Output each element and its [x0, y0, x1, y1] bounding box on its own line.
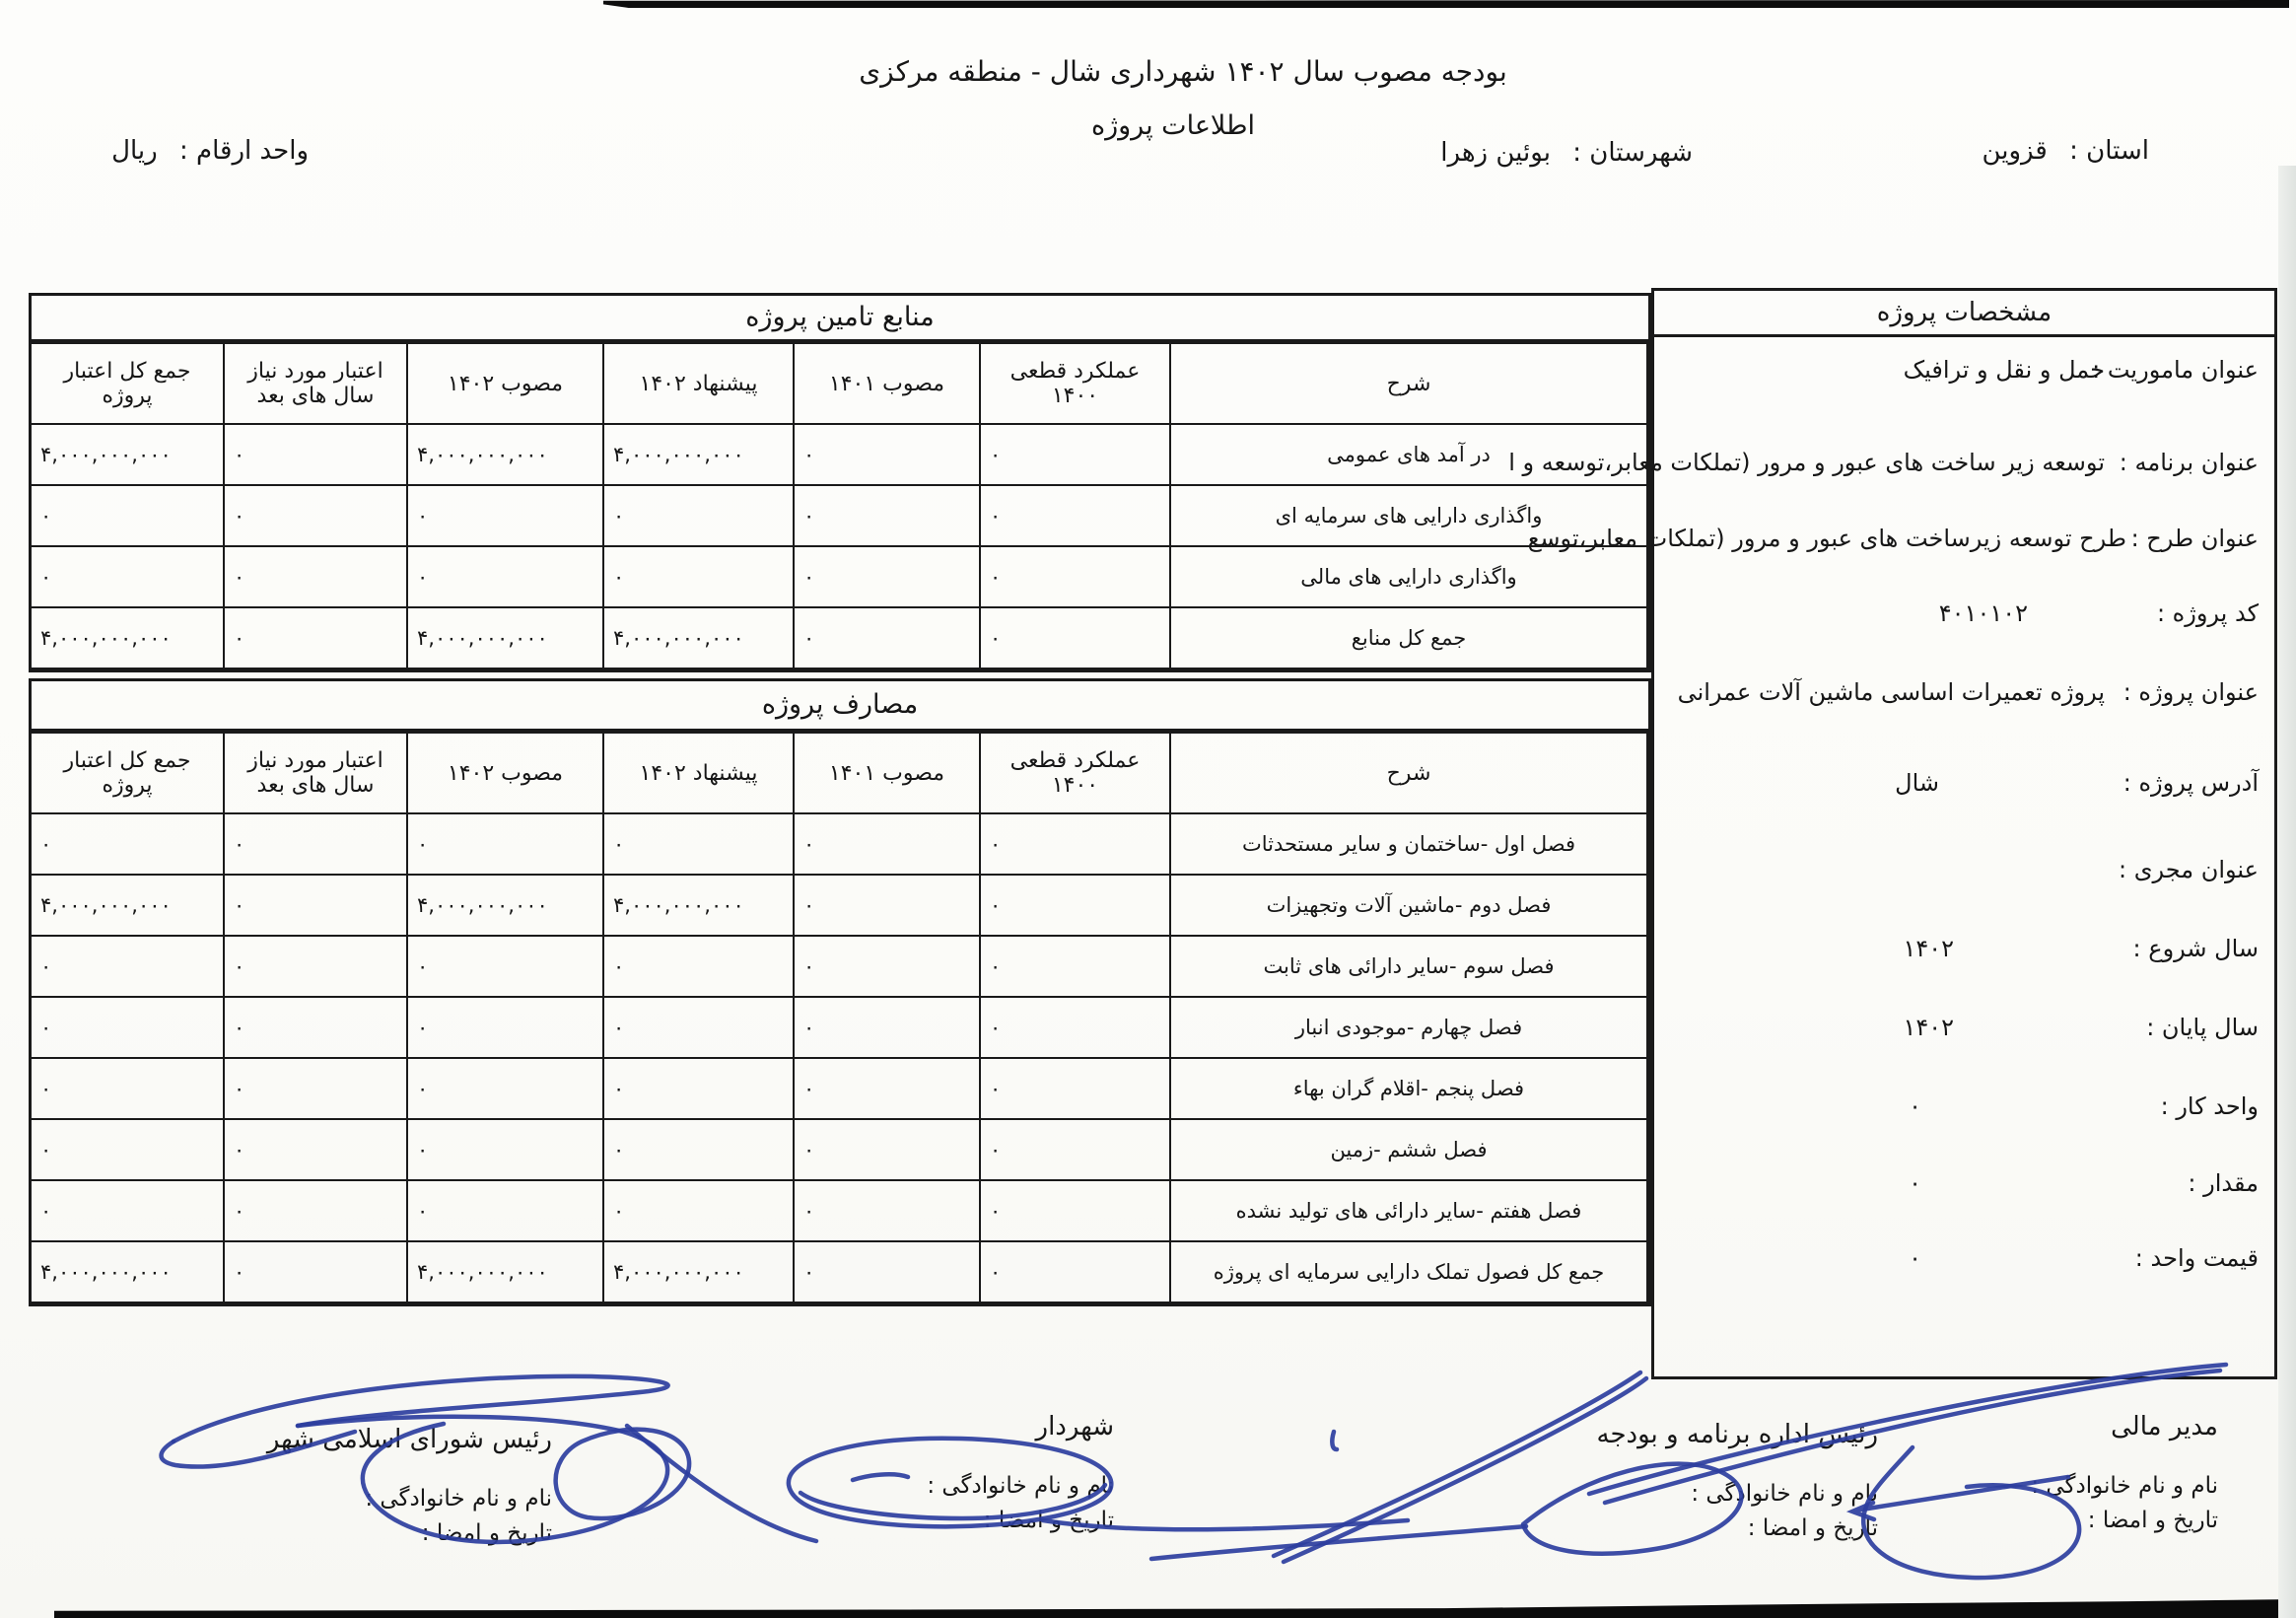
funding-sources-header-row: شرح عملکرد قطعی ۱۴۰۰ مصوب ۱۴۰۱ پیشنهاد ۱…: [31, 343, 1647, 424]
cell-actual-1400: ۰: [980, 1180, 1170, 1241]
cell-future-credit: ۰: [224, 607, 407, 668]
spec-field-value: ۱۴۰۲: [1903, 935, 1954, 962]
table-row: فصل اول -ساختمان و سایر مستحدثات ۰ ۰ ۰ ۰…: [31, 813, 1647, 875]
spec-field-value: ۴۰۱۰۱۰۲: [1939, 599, 2028, 627]
row-description: فصل اول -ساختمان و سایر مستحدثات: [1170, 813, 1647, 875]
province-label: استان :: [2069, 136, 2149, 166]
spec-field-row: آدرس پروژه : شال: [1654, 769, 2274, 810]
cell-proposed-1402: ۰: [603, 546, 794, 607]
cell-proposed-1402: ۰: [603, 997, 794, 1058]
expenditures-table-title: مصارف پروژه: [32, 681, 1648, 732]
table-row: فصل چهارم -موجودی انبار ۰ ۰ ۰ ۰ ۰ ۰: [31, 997, 1647, 1058]
signature-stroke-council-head: [627, 1426, 816, 1541]
row-description: جمع کل منابع: [1170, 607, 1647, 668]
table-row: فصل پنجم -اقلام گران بهاء ۰ ۰ ۰ ۰ ۰ ۰: [31, 1058, 1647, 1119]
signature-date-label: تاریخ و امضا :: [927, 1508, 1114, 1533]
table-row: در آمد های عمومی ۰ ۰ ۴,۰۰۰,۰۰۰,۰۰۰ ۴,۰۰۰…: [31, 424, 1647, 485]
cell-future-credit: ۰: [224, 1058, 407, 1119]
cell-proposed-1402: ۰: [603, 1180, 794, 1241]
spec-field-value: شال: [1895, 769, 1939, 797]
column-header-future-credit: اعتبار مورد نیاز سال های بعد: [224, 343, 407, 424]
column-header-approved-1402: مصوب ۱۴۰۲: [407, 733, 603, 813]
row-description: واگذاری دارایی های سرمایه ای: [1170, 485, 1647, 546]
spec-field-value: پروژه تعمیرات اساسی ماشین آلات عمرانی: [1678, 678, 2105, 706]
cell-future-credit: ۰: [224, 997, 407, 1058]
table-row: فصل سوم -سایر دارائی های ثابت ۰ ۰ ۰ ۰ ۰ …: [31, 936, 1647, 997]
cell-total-credit: ۴,۰۰۰,۰۰۰,۰۰۰: [31, 1241, 224, 1302]
cell-future-credit: ۰: [224, 813, 407, 875]
spec-field-row: قیمت واحد : ۰: [1654, 1244, 2274, 1286]
cell-total-credit: ۴,۰۰۰,۰۰۰,۰۰۰: [31, 875, 224, 936]
cell-total-credit: ۰: [31, 485, 224, 546]
signature-role: رئیس اداره برنامه و بودجه: [1597, 1420, 1878, 1449]
cell-future-credit: ۰: [224, 1119, 407, 1180]
expenditures-header-row: شرح عملکرد قطعی ۱۴۰۰ مصوب ۱۴۰۱ پیشنهاد ۱…: [31, 733, 1647, 813]
row-description: فصل چهارم -موجودی انبار: [1170, 997, 1647, 1058]
cell-approved-1402: ۰: [407, 997, 603, 1058]
cell-future-credit: ۰: [224, 1180, 407, 1241]
funding-sources-table-title: منابع تامین پروژه: [32, 296, 1648, 342]
county-label: شهرستان :: [1572, 138, 1693, 168]
cell-approved-1402: ۰: [407, 1058, 603, 1119]
spec-field-label: قیمت واحد :: [2135, 1244, 2259, 1272]
cell-approved-1401: ۰: [794, 1241, 980, 1302]
cell-approved-1402: ۴,۰۰۰,۰۰۰,۰۰۰: [407, 875, 603, 936]
cell-total-credit: ۴,۰۰۰,۰۰۰,۰۰۰: [31, 424, 224, 485]
cell-proposed-1402: ۰: [603, 936, 794, 997]
spec-field-row: عنوان پروژه : پروژه تعمیرات اساسی ماشین …: [1654, 678, 2274, 720]
row-description: فصل دوم -ماشین آلات وتجهیزات: [1170, 875, 1647, 936]
signature-stroke-budget-head: [1151, 1526, 1526, 1559]
cell-actual-1400: ۰: [980, 1241, 1170, 1302]
spec-field-row: عنوان طرح : طرح توسعه زیرساخت های عبور و…: [1654, 525, 2274, 566]
column-header-proposed-1402: پیشنهاد ۱۴۰۲: [603, 733, 794, 813]
spec-field-label: آدرس پروژه :: [2123, 769, 2259, 797]
signature-block: رئیس شورای اسلامی شهر نام و نام خانوادگی…: [267, 1425, 552, 1546]
spec-field-label: سال پایان :: [2146, 1014, 2259, 1041]
spec-field-value: حمل و نقل و ترافیک: [1904, 356, 2105, 384]
cell-actual-1400: ۰: [980, 813, 1170, 875]
cell-proposed-1402: ۴,۰۰۰,۰۰۰,۰۰۰: [603, 875, 794, 936]
cell-total-credit: ۴,۰۰۰,۰۰۰,۰۰۰: [31, 607, 224, 668]
cell-proposed-1402: ۰: [603, 813, 794, 875]
table-row: فصل ششم -زمین ۰ ۰ ۰ ۰ ۰ ۰: [31, 1119, 1647, 1180]
budget-sheet: بودجه مصوب سال ۱۴۰۲ شهرداری شال - منطقه …: [0, 0, 2296, 1618]
signature-stroke-mayor: [853, 1474, 908, 1480]
spec-field-label: سال شروع :: [2133, 935, 2259, 962]
cell-future-credit: ۰: [224, 424, 407, 485]
cell-proposed-1402: ۴,۰۰۰,۰۰۰,۰۰۰: [603, 607, 794, 668]
cell-proposed-1402: ۰: [603, 1119, 794, 1180]
cell-actual-1400: ۰: [980, 1058, 1170, 1119]
cell-proposed-1402: ۰: [603, 485, 794, 546]
province-value: قزوین: [1982, 136, 2047, 166]
project-specs-title: مشخصات پروژه: [1654, 291, 2274, 337]
row-description: فصل ششم -زمین: [1170, 1119, 1647, 1180]
row-description: جمع کل فصول تملک دارایی سرمایه ای پروژه: [1170, 1241, 1647, 1302]
scan-artifact-right-edge: [2278, 166, 2296, 1618]
cell-approved-1402: ۰: [407, 936, 603, 997]
cell-actual-1400: ۰: [980, 485, 1170, 546]
cell-proposed-1402: ۴,۰۰۰,۰۰۰,۰۰۰: [603, 1241, 794, 1302]
cell-total-credit: ۰: [31, 997, 224, 1058]
cell-actual-1400: ۰: [980, 424, 1170, 485]
cell-actual-1400: ۰: [980, 1119, 1170, 1180]
signature-date-label: تاریخ و امضا :: [1597, 1515, 1878, 1541]
province-field: استان : قزوین: [1982, 136, 2149, 166]
table-row: جمع کل فصول تملک دارایی سرمایه ای پروژه …: [31, 1241, 1647, 1302]
cell-approved-1401: ۰: [794, 607, 980, 668]
table-row: فصل دوم -ماشین آلات وتجهیزات ۰ ۰ ۴,۰۰۰,۰…: [31, 875, 1647, 936]
signature-date-label: تاریخ و امضا :: [267, 1520, 552, 1546]
spec-field-row: سال پایان : ۱۴۰۲: [1654, 1014, 2274, 1055]
row-description: واگذاری دارایی های مالی: [1170, 546, 1647, 607]
column-header-proposed-1402: پیشنهاد ۱۴۰۲: [603, 343, 794, 424]
cell-total-credit: ۰: [31, 813, 224, 875]
signature-stroke-council-head: [556, 1430, 689, 1518]
cell-approved-1402: ۰: [407, 813, 603, 875]
signature-block: شهردار نام و نام خانوادگی : تاریخ و امضا…: [927, 1412, 1114, 1533]
cell-proposed-1402: ۴,۰۰۰,۰۰۰,۰۰۰: [603, 424, 794, 485]
cell-approved-1401: ۰: [794, 1180, 980, 1241]
cell-future-credit: ۰: [224, 546, 407, 607]
spec-field-value: ۰: [1909, 1244, 1921, 1272]
county-value: بوئین زهرا: [1440, 138, 1551, 168]
cell-actual-1400: ۰: [980, 607, 1170, 668]
cell-approved-1402: ۰: [407, 1180, 603, 1241]
scan-artifact-bottom: [54, 1599, 2296, 1618]
cell-total-credit: ۰: [31, 1119, 224, 1180]
column-header-total-credit: جمع کل اعتبار پروژه: [31, 343, 224, 424]
spec-field-value: ۱۴۰۲: [1903, 1014, 1954, 1041]
column-header-approved-1401: مصوب ۱۴۰۱: [794, 733, 980, 813]
scan-artifact-top: [603, 0, 2289, 8]
spec-field-label: عنوان برنامه :: [2120, 449, 2259, 476]
cell-future-credit: ۰: [224, 1241, 407, 1302]
cell-approved-1401: ۰: [794, 546, 980, 607]
spec-field-row: عنوان ماموریت : حمل و نقل و ترافیک: [1654, 356, 2274, 397]
signature-role: مدیر مالی: [2031, 1412, 2218, 1442]
currency-unit-field: واحد ارقام : ریال: [111, 136, 309, 166]
cell-approved-1401: ۰: [794, 485, 980, 546]
spec-field-label: مقدار :: [2188, 1169, 2259, 1197]
table-row: فصل هفتم -سایر دارائی های تولید نشده ۰ ۰…: [31, 1180, 1647, 1241]
cell-total-credit: ۰: [31, 1180, 224, 1241]
document-subtitle: اطلاعات پروژه: [0, 110, 2296, 141]
spec-field-label: عنوان طرح :: [2131, 525, 2259, 552]
cell-approved-1401: ۰: [794, 936, 980, 997]
cell-actual-1400: ۰: [980, 875, 1170, 936]
cell-proposed-1402: ۰: [603, 1058, 794, 1119]
column-header-actual-1400: عملکرد قطعی ۱۴۰۰: [980, 733, 1170, 813]
row-description: فصل سوم -سایر دارائی های ثابت: [1170, 936, 1647, 997]
cell-approved-1402: ۰: [407, 485, 603, 546]
spec-field-value: ۰: [1909, 1169, 1921, 1197]
column-header-desc: شرح: [1170, 343, 1647, 424]
cell-future-credit: ۰: [224, 485, 407, 546]
cell-actual-1400: ۰: [980, 936, 1170, 997]
cell-actual-1400: ۰: [980, 546, 1170, 607]
column-header-approved-1401: مصوب ۱۴۰۱: [794, 343, 980, 424]
signature-block: مدیر مالی نام و نام خانوادگی : تاریخ و ا…: [2031, 1412, 2218, 1533]
cell-approved-1401: ۰: [794, 997, 980, 1058]
spec-field-row: کد پروژه : ۴۰۱۰۱۰۲: [1654, 599, 2274, 641]
cell-approved-1401: ۰: [794, 424, 980, 485]
cell-total-credit: ۰: [31, 936, 224, 997]
table-row: واگذاری دارایی های سرمایه ای ۰ ۰ ۰ ۰ ۰ ۰: [31, 485, 1647, 546]
cell-approved-1402: ۴,۰۰۰,۰۰۰,۰۰۰: [407, 424, 603, 485]
spec-field-row: عنوان مجری :: [1654, 856, 2274, 897]
spec-field-label: عنوان مجری :: [2119, 856, 2259, 883]
row-description: فصل هفتم -سایر دارائی های تولید نشده: [1170, 1180, 1647, 1241]
row-description: در آمد های عمومی: [1170, 424, 1647, 485]
funding-sources-table-section: منابع تامین پروژه شرح عملکرد قطعی ۱۴۰۰ م…: [29, 293, 1651, 672]
row-description: فصل پنجم -اقلام گران بهاء: [1170, 1058, 1647, 1119]
signature-role: شهردار: [927, 1412, 1114, 1442]
signature-stroke-budget-head: [1332, 1432, 1337, 1449]
cell-total-credit: ۰: [31, 1058, 224, 1119]
signature-stroke-budget-head: [1274, 1372, 1640, 1556]
spec-field-row: عنوان برنامه : توسعه زیر ساخت های عبور و…: [1654, 449, 2274, 490]
spec-field-row: مقدار : ۰: [1654, 1169, 2274, 1211]
funding-sources-table: شرح عملکرد قطعی ۱۴۰۰ مصوب ۱۴۰۱ پیشنهاد ۱…: [30, 342, 1648, 669]
signature-name-label: نام و نام خانوادگی :: [267, 1486, 552, 1512]
cell-future-credit: ۰: [224, 936, 407, 997]
signature-block: رئیس اداره برنامه و بودجه نام و نام خانو…: [1597, 1420, 1878, 1541]
column-header-desc: شرح: [1170, 733, 1647, 813]
cell-approved-1402: ۰: [407, 1119, 603, 1180]
cell-approved-1401: ۰: [794, 1058, 980, 1119]
cell-approved-1402: ۰: [407, 546, 603, 607]
table-row: واگذاری دارایی های مالی ۰ ۰ ۰ ۰ ۰ ۰: [31, 546, 1647, 607]
spec-field-label: عنوان پروژه :: [2123, 678, 2259, 706]
currency-unit-value: ریال: [111, 136, 158, 166]
spec-field-label: عنوان ماموریت :: [2092, 356, 2259, 384]
county-field: شهرستان : بوئین زهرا: [1440, 138, 1693, 168]
spec-field-label: کد پروژه :: [2157, 599, 2259, 627]
cell-total-credit: ۰: [31, 546, 224, 607]
cell-future-credit: ۰: [224, 875, 407, 936]
signature-name-label: نام و نام خانوادگی :: [1597, 1481, 1878, 1507]
project-specs-panel: مشخصات پروژه عنوان ماموریت : حمل و نقل و…: [1651, 288, 2277, 1379]
expenditures-table: شرح عملکرد قطعی ۱۴۰۰ مصوب ۱۴۰۱ پیشنهاد ۱…: [30, 732, 1648, 1303]
signature-name-label: نام و نام خانوادگی :: [2031, 1473, 2218, 1499]
spec-field-value: ۰: [1909, 1092, 1921, 1120]
column-header-future-credit: اعتبار مورد نیاز سال های بعد: [224, 733, 407, 813]
document-title: بودجه مصوب سال ۱۴۰۲ شهرداری شال - منطقه …: [0, 55, 2296, 88]
cell-approved-1401: ۰: [794, 875, 980, 936]
column-header-approved-1402: مصوب ۱۴۰۲: [407, 343, 603, 424]
signature-date-label: تاریخ و امضا :: [2031, 1508, 2218, 1533]
column-header-actual-1400: عملکرد قطعی ۱۴۰۰: [980, 343, 1170, 424]
cell-approved-1402: ۴,۰۰۰,۰۰۰,۰۰۰: [407, 1241, 603, 1302]
cell-approved-1401: ۰: [794, 1119, 980, 1180]
expenditures-table-section: مصارف پروژه شرح عملکرد قطعی ۱۴۰۰ مصوب ۱۴…: [29, 678, 1651, 1306]
column-header-total-credit: جمع کل اعتبار پروژه: [31, 733, 224, 813]
spec-field-row: سال شروع : ۱۴۰۲: [1654, 935, 2274, 976]
cell-actual-1400: ۰: [980, 997, 1170, 1058]
signature-stroke-budget-head: [1284, 1378, 1646, 1562]
spec-field-label: واحد کار :: [2161, 1092, 2259, 1120]
signature-role: رئیس شورای اسلامی شهر: [267, 1425, 552, 1454]
table-row: جمع کل منابع ۰ ۰ ۴,۰۰۰,۰۰۰,۰۰۰ ۴,۰۰۰,۰۰۰…: [31, 607, 1647, 668]
cell-approved-1402: ۴,۰۰۰,۰۰۰,۰۰۰: [407, 607, 603, 668]
currency-unit-label: واحد ارقام :: [179, 136, 309, 166]
signature-name-label: نام و نام خانوادگی :: [927, 1473, 1114, 1499]
cell-approved-1401: ۰: [794, 813, 980, 875]
spec-field-row: واحد کار : ۰: [1654, 1092, 2274, 1134]
